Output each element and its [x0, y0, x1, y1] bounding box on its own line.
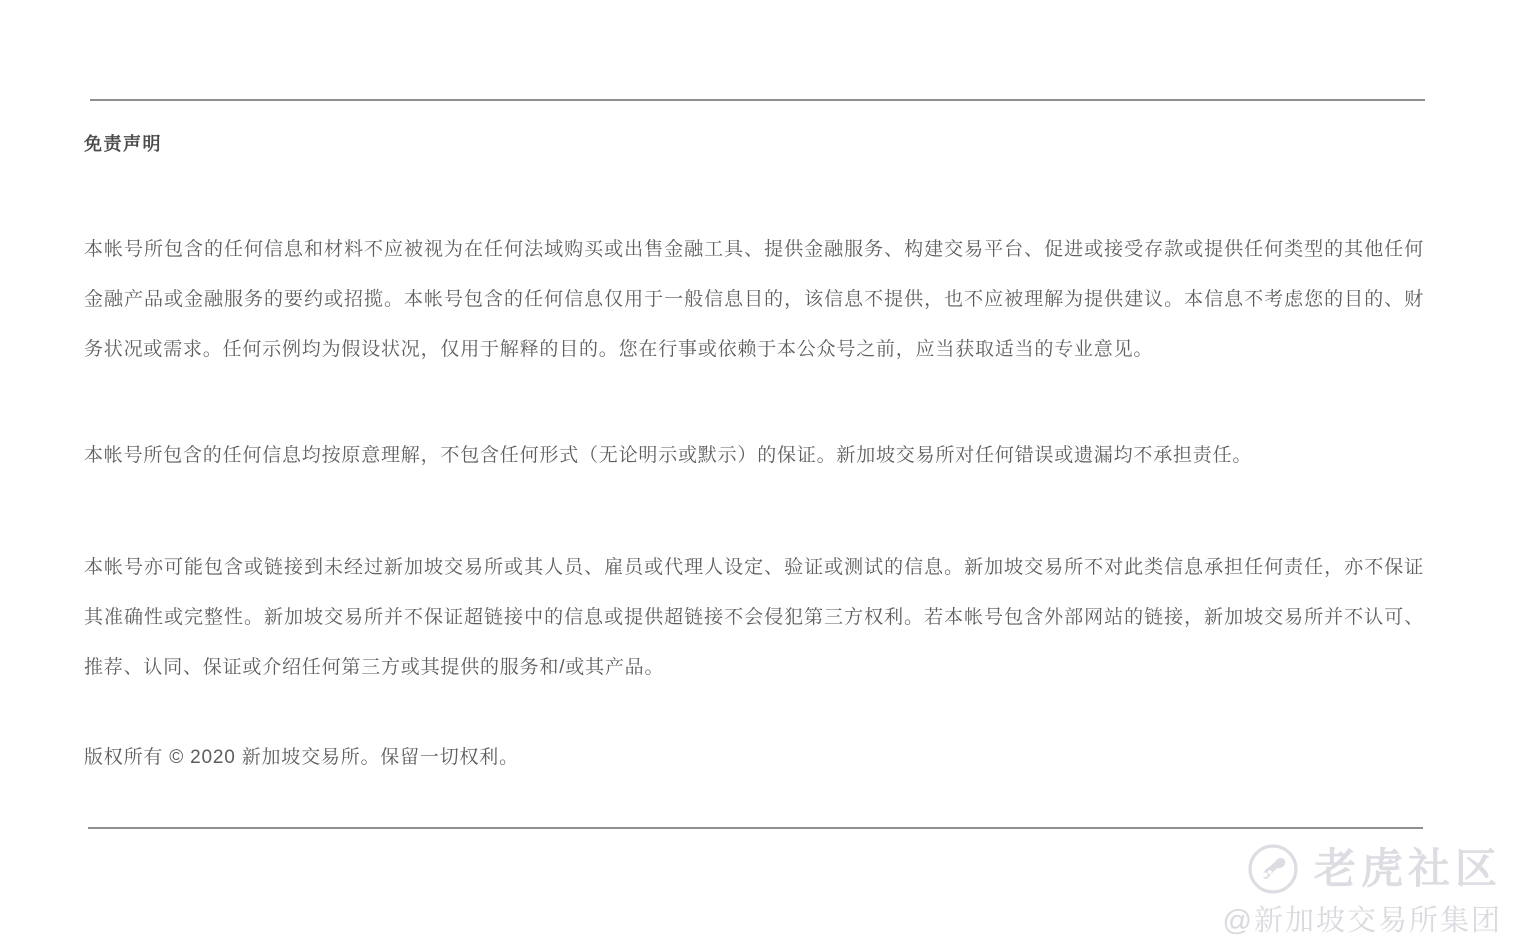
watermark-account-handle: @新加坡交易所集团: [1223, 904, 1502, 938]
top-divider: [90, 99, 1425, 101]
copyright-notice: 版权所有 © 2020 新加坡交易所。保留一切权利。: [84, 733, 1424, 783]
page-title: 免责声明: [84, 133, 1424, 155]
disclaimer-content: 免责声明 本帐号所包含的任何信息和材料不应被视为在任何法域购买或出售金融工具、提…: [0, 99, 1524, 829]
disclaimer-paragraph-1: 本帐号所包含的任何信息和材料不应被视为在任何法域购买或出售金融工具、提供金融服务…: [84, 225, 1424, 375]
tiger-circle-icon: [1246, 842, 1300, 896]
watermark: 老虎社区 @新加坡交易所集团: [1223, 842, 1502, 938]
bottom-divider: [88, 827, 1423, 829]
disclaimer-page: 免责声明 本帐号所包含的任何信息和材料不应被视为在任何法域购买或出售金融工具、提…: [0, 0, 1524, 948]
watermark-brand-row: 老虎社区: [1223, 842, 1502, 896]
watermark-community-name: 老虎社区: [1314, 842, 1502, 896]
disclaimer-paragraph-3: 本帐号亦可能包含或链接到未经过新加坡交易所或其人员、雇员或代理人设定、验证或测试…: [84, 543, 1424, 693]
disclaimer-paragraph-2: 本帐号所包含的任何信息均按原意理解，不包含任何形式（无论明示或默示）的保证。新加…: [84, 431, 1424, 481]
